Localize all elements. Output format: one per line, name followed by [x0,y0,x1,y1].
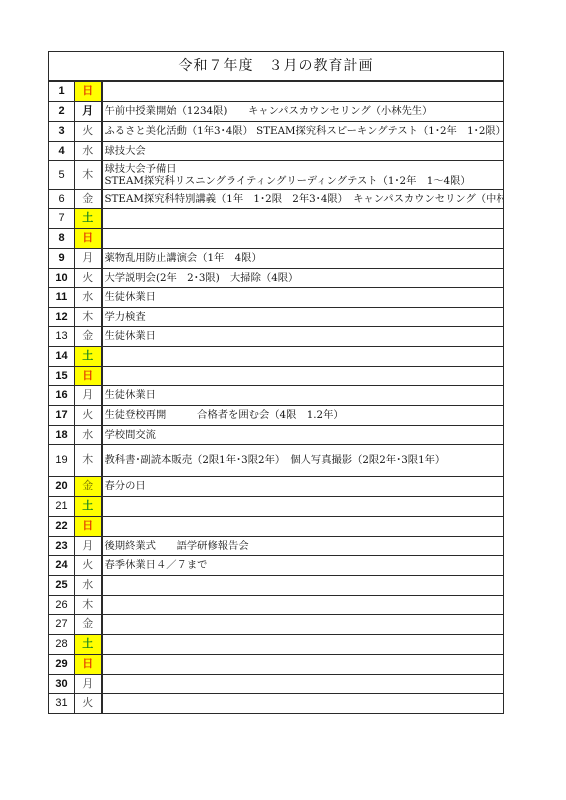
calendar-row: 13金生徒休業日 [49,326,504,346]
calendar-row: 25水 [49,575,504,595]
event-cell: 生徒休業日 [102,287,504,307]
day-number: 18 [49,425,75,444]
event-cell [102,496,504,516]
day-of-week: 日 [75,366,102,385]
day-of-week: 金 [75,189,102,208]
calendar-row: 11水生徒休業日 [49,287,504,307]
day-number: 2 [49,101,75,121]
event-cell [102,634,504,654]
day-number: 27 [49,614,75,634]
calendar-row: 22日 [49,516,504,536]
day-number: 31 [49,693,75,713]
day-number: 7 [49,208,75,228]
day-number: 16 [49,385,75,405]
day-of-week: 金 [75,476,102,496]
event-cell [102,346,504,366]
day-of-week: 木 [75,307,102,326]
event-text: 午前中授業開始（1234限) キャンパスカウンセリング（小林先生） [105,105,504,117]
day-of-week: 水 [75,141,102,160]
day-number: 11 [49,287,75,307]
calendar-row: 27金 [49,614,504,634]
calendar-row: 28土 [49,634,504,654]
calendar-row: 8日 [49,228,504,248]
day-of-week: 水 [75,425,102,444]
calendar-row: 5木球技大会予備日STEAM探究科リスニングライティングリーディングテスト（1･… [49,160,504,189]
day-number: 13 [49,326,75,346]
day-number: 6 [49,189,75,208]
day-number: 9 [49,248,75,268]
day-of-week: 水 [75,575,102,595]
event-cell: 学力検査 [102,307,504,326]
day-number: 5 [49,160,75,189]
calendar-row: 17火生徒登校再開 合格者を囲む会（4限 1.2年） [49,405,504,425]
event-cell: 球技大会予備日STEAM探究科リスニングライティングリーディングテスト（1･2年… [102,160,504,189]
event-cell: 後期終業式 語学研修報告会 [102,536,504,555]
event-cell: 午前中授業開始（1234限) キャンパスカウンセリング（小林先生） [102,101,504,121]
event-cell [102,366,504,385]
calendar-row: 26木 [49,595,504,614]
event-cell [102,81,504,101]
event-text: 後期終業式 語学研修報告会 [105,540,504,552]
calendar-row: 6金STEAM探究科特別講義（1年 1･2限 2年3･4限） キャンパスカウンセ… [49,189,504,208]
event-cell [102,228,504,248]
day-of-week: 日 [75,81,102,101]
day-number: 3 [49,121,75,141]
calendar-row: 20金春分の日 [49,476,504,496]
day-number: 29 [49,654,75,674]
event-text: ふるさと美化活動（1年3･4限） STEAM探究科スピーキングテスト（1･2年 … [105,125,504,137]
day-of-week: 日 [75,654,102,674]
event-text: 生徒登校再開 合格者を囲む会（4限 1.2年） [105,409,504,421]
calendar-row: 12木学力検査 [49,307,504,326]
day-of-week: 日 [75,228,102,248]
event-cell [102,595,504,614]
day-of-week: 月 [75,101,102,121]
event-text: STEAM探究科リスニングライティングリーディングテスト（1･2年 1〜4限） [105,175,504,187]
day-of-week: 火 [75,121,102,141]
event-text: 球技大会 [105,145,504,157]
day-number: 26 [49,595,75,614]
day-of-week: 土 [75,346,102,366]
calendar-table: 令和７年度 ３月の教育計画 1日2月午前中授業開始（1234限) キャンパスカウ… [48,51,504,714]
calendar-row: 9月薬物乱用防止講演会（1年 4限） [49,248,504,268]
day-number: 22 [49,516,75,536]
day-number: 10 [49,268,75,287]
calendar-row: 16月生徒休業日 [49,385,504,405]
calendar-row: 18水学校間交流 [49,425,504,444]
calendar-row: 15日 [49,366,504,385]
day-number: 19 [49,444,75,476]
day-of-week: 月 [75,248,102,268]
day-number: 20 [49,476,75,496]
event-cell: 教科書･副読本販売（2限1年･3限2年） 個人写真撮影（2限2年･3限1年） [102,444,504,476]
event-cell: STEAM探究科特別講義（1年 1･2限 2年3･4限） キャンパスカウンセリン… [102,189,504,208]
education-plan-sheet: 令和７年度 ３月の教育計画 1日2月午前中授業開始（1234限) キャンパスカウ… [48,51,504,714]
calendar-row: 2月午前中授業開始（1234限) キャンパスカウンセリング（小林先生） [49,101,504,121]
event-cell [102,208,504,228]
day-number: 14 [49,346,75,366]
event-cell: 生徒休業日 [102,385,504,405]
event-cell: 学校間交流 [102,425,504,444]
day-of-week: 土 [75,634,102,654]
day-of-week: 土 [75,496,102,516]
event-cell [102,654,504,674]
day-of-week: 月 [75,674,102,693]
event-text: 生徒休業日 [105,389,504,401]
event-cell: 生徒登校再開 合格者を囲む会（4限 1.2年） [102,405,504,425]
calendar-row: 3火ふるさと美化活動（1年3･4限） STEAM探究科スピーキングテスト（1･2… [49,121,504,141]
event-text: STEAM探究科特別講義（1年 1･2限 2年3･4限） キャンパスカウンセリン… [105,193,504,205]
day-of-week: 火 [75,693,102,713]
event-text: 学校間交流 [105,429,504,441]
event-text: 春季休業日４／７まで [105,559,504,571]
day-number: 12 [49,307,75,326]
event-cell: 春分の日 [102,476,504,496]
calendar-row: 31火 [49,693,504,713]
day-of-week: 金 [75,326,102,346]
event-cell [102,674,504,693]
event-cell [102,693,504,713]
event-cell [102,614,504,634]
event-text: 春分の日 [105,480,504,492]
day-of-week: 木 [75,595,102,614]
event-cell: ふるさと美化活動（1年3･4限） STEAM探究科スピーキングテスト（1･2年 … [102,121,504,141]
day-number: 30 [49,674,75,693]
calendar-row: 1日 [49,81,504,101]
page-title: 令和７年度 ３月の教育計画 [49,52,504,82]
day-number: 23 [49,536,75,555]
title-row: 令和７年度 ３月の教育計画 [49,52,504,82]
calendar-row: 7土 [49,208,504,228]
event-cell: 薬物乱用防止講演会（1年 4限） [102,248,504,268]
event-text: 大学説明会(2年 2･3限) 大掃除（4限） [105,272,504,284]
day-of-week: 土 [75,208,102,228]
event-text: 球技大会予備日 [105,163,504,175]
calendar-row: 29日 [49,654,504,674]
event-text: 生徒休業日 [105,291,504,303]
calendar-row: 19木教科書･副読本販売（2限1年･3限2年） 個人写真撮影（2限2年･3限1年… [49,444,504,476]
calendar-row: 23月後期終業式 語学研修報告会 [49,536,504,555]
calendar-row: 10火大学説明会(2年 2･3限) 大掃除（4限） [49,268,504,287]
calendar-row: 30月 [49,674,504,693]
day-of-week: 木 [75,444,102,476]
day-of-week: 月 [75,536,102,555]
event-cell: 生徒休業日 [102,326,504,346]
day-number: 4 [49,141,75,160]
event-text: 生徒休業日 [105,330,504,342]
event-text: 学力検査 [105,311,504,323]
calendar-row: 4水球技大会 [49,141,504,160]
day-number: 28 [49,634,75,654]
day-of-week: 金 [75,614,102,634]
event-text: 教科書･副読本販売（2限1年･3限2年） 個人写真撮影（2限2年･3限1年） [105,454,504,466]
day-number: 21 [49,496,75,516]
calendar-row: 24火春季休業日４／７まで [49,555,504,575]
day-number: 15 [49,366,75,385]
day-of-week: 水 [75,287,102,307]
event-cell [102,575,504,595]
day-number: 1 [49,81,75,101]
event-cell: 春季休業日４／７まで [102,555,504,575]
day-number: 24 [49,555,75,575]
event-cell: 大学説明会(2年 2･3限) 大掃除（4限） [102,268,504,287]
event-cell [102,516,504,536]
day-of-week: 火 [75,268,102,287]
day-of-week: 火 [75,555,102,575]
event-text: 薬物乱用防止講演会（1年 4限） [105,252,504,264]
calendar-row: 14土 [49,346,504,366]
calendar-row: 21土 [49,496,504,516]
day-of-week: 月 [75,385,102,405]
day-of-week: 火 [75,405,102,425]
day-number: 17 [49,405,75,425]
day-number: 25 [49,575,75,595]
day-of-week: 木 [75,160,102,189]
event-cell: 球技大会 [102,141,504,160]
day-number: 8 [49,228,75,248]
day-of-week: 日 [75,516,102,536]
